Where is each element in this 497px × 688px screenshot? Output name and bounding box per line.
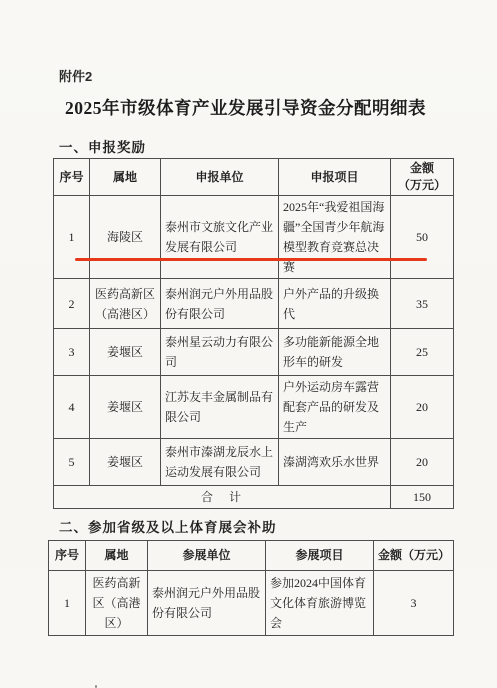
cell-seq: 2 [54,279,90,329]
column-header-seq: 序号 [54,159,90,196]
cell-unit: 泰州润元户外用品股份有限公司 [161,279,279,329]
cell-project: 户外运动房车露营配套产品的研发及生产 [279,376,391,439]
cell-district: 海陵区 [90,196,161,279]
total-amount: 150 [391,486,454,509]
cell-district: 姜堰区 [90,376,161,439]
table-header-row: 序号 属地 参展单位 参展项目 金额（万元） [49,541,454,571]
table-row: 2 医药高新区（高港区） 泰州润元户外用品股份有限公司 户外产品的升级换代 35 [54,279,454,329]
cell-unit: 泰州润元户外用品股份有限公司 [148,571,266,636]
column-header-district: 属地 [86,541,148,571]
column-header-amount: 金额 （万元） [391,159,454,196]
section2-heading: 二、参加省级及以上体育展会补助 [59,516,277,536]
cell-amount: 35 [391,279,454,329]
cell-project: 户外产品的升级换代 [279,279,391,329]
red-underline-annotation [75,258,427,261]
cell-project: 多功能新能源全地形车的研发 [279,329,391,376]
total-label: 合 计 [54,486,391,509]
column-header-unit: 参展单位 [148,541,266,571]
cell-unit: 江苏友丰金属制品有限公司 [161,376,279,439]
cell-seq: 4 [54,376,90,439]
cell-seq: 3 [54,329,90,376]
column-header-project: 申报项目 [279,159,391,196]
table-header-row: 序号 属地 申报单位 申报项目 金额 （万元） [54,159,454,196]
exhibition-subsidy-table: 序号 属地 参展单位 参展项目 金额（万元） 1 医药高新区（高港区） 泰州润元… [48,540,454,636]
cell-district: 医药高新区（高港区） [86,571,148,636]
cell-project: 参加2024中国体育文化体育旅游博览会 [266,571,374,636]
cell-district: 医药高新区（高港区） [90,279,161,329]
cell-unit: 泰州星云动力有限公司 [161,329,279,376]
cell-unit: 泰州市溱湖龙辰水上运动发展有限公司 [161,439,279,486]
attachment-label: 附件2 [59,66,92,85]
cell-amount: 20 [391,439,454,486]
cell-seq: 1 [49,571,86,636]
cell-amount: 20 [391,376,454,439]
cell-district: 姜堰区 [90,439,161,486]
column-header-seq: 序号 [49,541,86,571]
reward-allocation-table: 序号 属地 申报单位 申报项目 金额 （万元） 1 海陵区 泰州市文旅文化产业发… [53,158,454,509]
column-header-project: 参展项目 [266,541,374,571]
cell-district: 姜堰区 [90,329,161,376]
table-row: 3 姜堰区 泰州星云动力有限公司 多功能新能源全地形车的研发 25 [54,329,454,376]
table-row: 5 姜堰区 泰州市溱湖龙辰水上运动发展有限公司 溱湖湾欢乐水世界 20 [54,439,454,486]
table-row: 1 海陵区 泰州市文旅文化产业发展有限公司 2025年“我爱祖国海疆”全国青少年… [54,196,454,279]
section1-heading: 一、申报奖励 [59,136,146,156]
document-title: 2025年市级体育产业发展引导资金分配明细表 [0,95,491,120]
cell-unit: 泰州市文旅文化产业发展有限公司 [161,196,279,279]
cell-amount: 50 [391,196,454,279]
document-page: 附件2 2025年市级体育产业发展引导资金分配明细表 一、申报奖励 序号 属地 … [0,0,497,688]
cell-amount: 3 [374,571,454,636]
cell-project: 2025年“我爱祖国海疆”全国青少年航海模型教育竞赛总决赛 [279,196,391,279]
column-header-amount: 金额（万元） [374,541,454,571]
column-header-district: 属地 [90,159,161,196]
cell-project: 溱湖湾欢乐水世界 [279,439,391,486]
table-total-row: 合 计 150 [54,486,454,509]
table-row: 4 姜堰区 江苏友丰金属制品有限公司 户外运动房车露营配套产品的研发及生产 20 [54,376,454,439]
column-header-unit: 申报单位 [161,159,279,196]
cell-seq: 5 [54,439,90,486]
cell-amount: 25 [391,329,454,376]
cell-seq: 1 [54,196,90,279]
table-row: 1 医药高新区（高港区） 泰州润元户外用品股份有限公司 参加2024中国体育文化… [49,571,454,636]
